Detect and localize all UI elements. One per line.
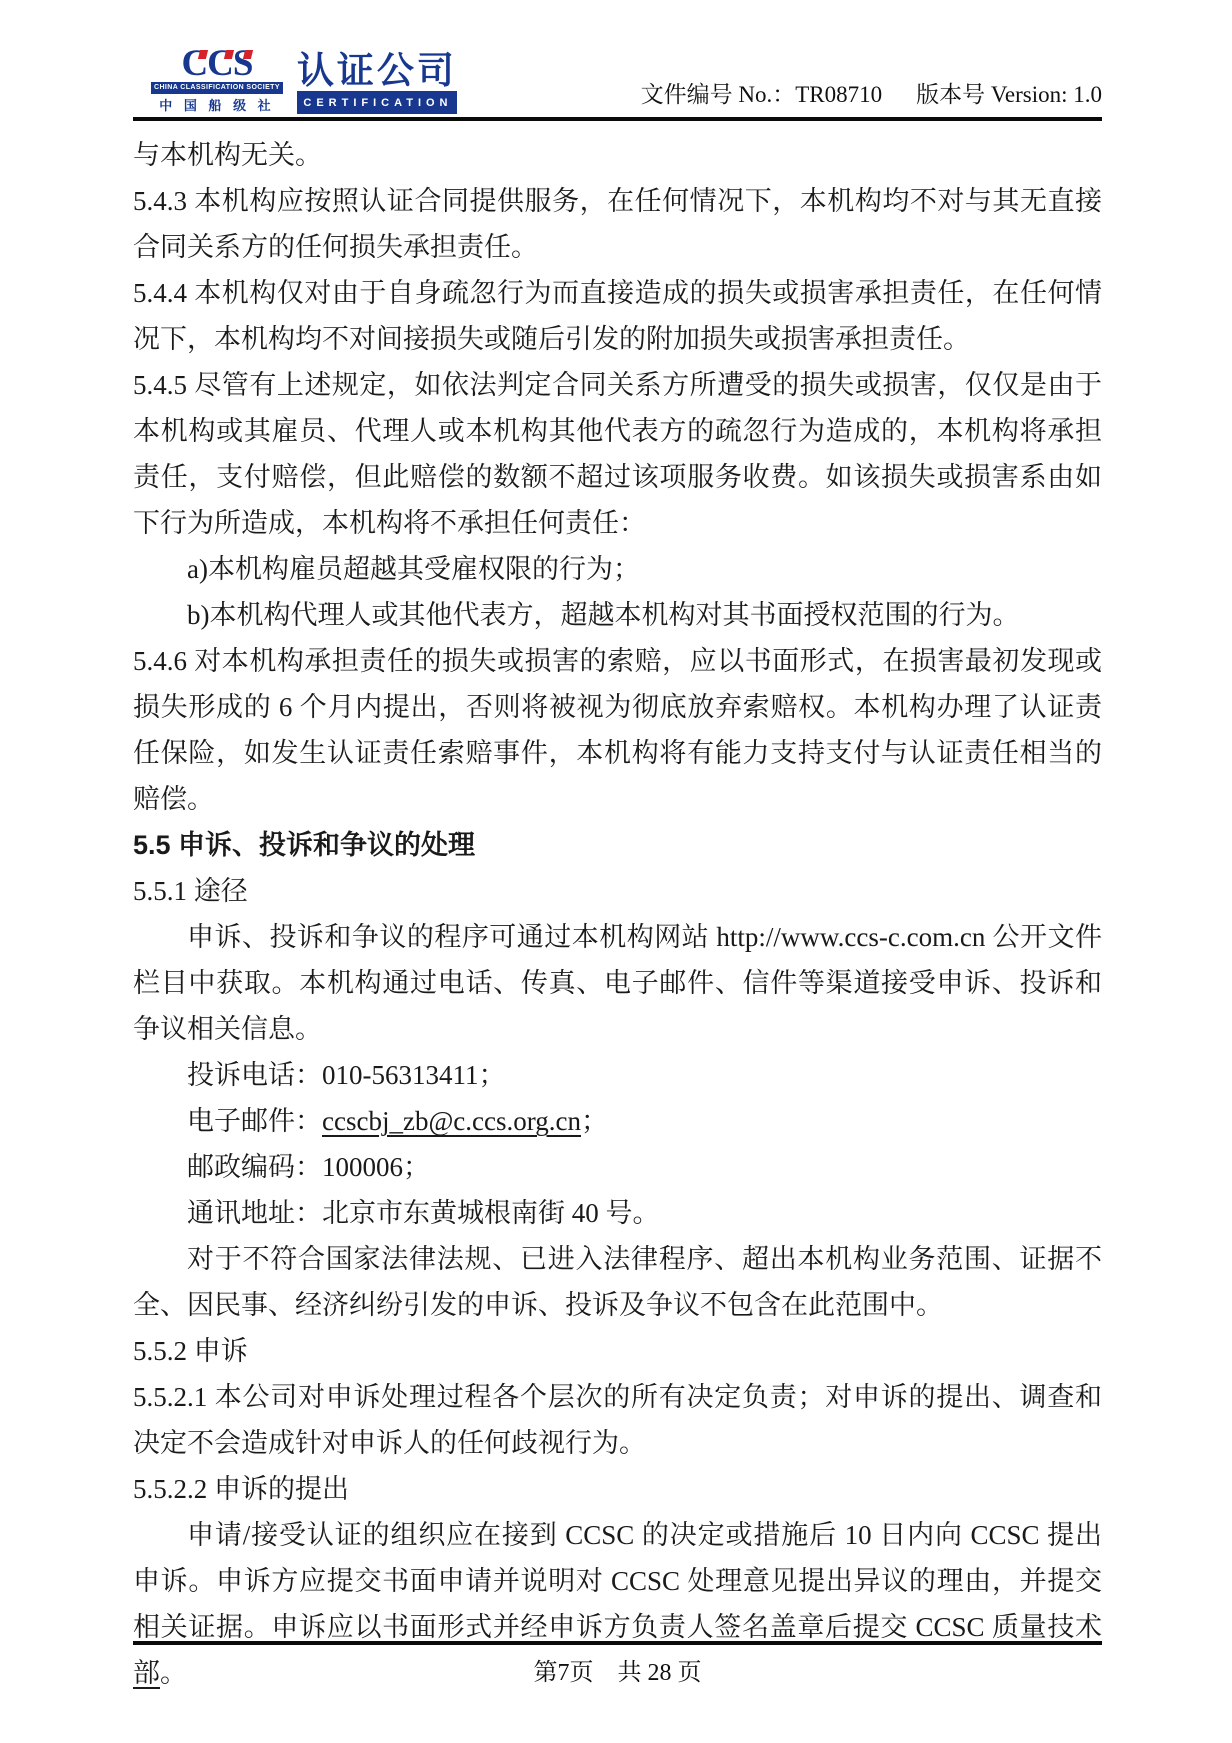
text-run: 通讯地址：北京市东黄城根南街 40 号。 [187, 1198, 660, 1228]
ccs-letter: C [181, 49, 207, 79]
text-run: 5.4.6 对本机构承担责任的损失或损害的索赔，应以书面形式，在损害最初发现或损… [133, 646, 1102, 814]
paragraph: 对于不符合国家法律法规、已进入法律程序、超出本机构业务范围、证据不全、因民事、经… [133, 1236, 1102, 1328]
mailing-address: 通讯地址：北京市东黄城根南街 40 号。 [133, 1190, 1102, 1236]
society-name-cn: 中 国 船 级 社 [159, 95, 274, 114]
postal-code: 邮政编码：100006； [133, 1144, 1102, 1190]
list-item-a: a)本机构雇员超越其受雇权限的行为； [133, 546, 1102, 592]
text-run: ； [581, 1106, 608, 1136]
text-run: 对于不符合国家法律法规、已进入法律程序、超出本机构业务范围、证据不全、因民事、经… [133, 1244, 1102, 1320]
text-run: a)本机构雇员超越其受雇权限的行为； [187, 554, 640, 584]
paragraph: 与本机构无关。 [133, 132, 1102, 178]
document-page: CCS CHINA CLASSIFICATION SOCIETY 中 国 船 级… [0, 0, 1232, 1743]
doc-number: 文件编号 No.：TR08710 [641, 82, 883, 107]
paragraph: 申诉、投诉和争议的程序可通过本机构网站 http://www.ccs-c.com… [133, 914, 1102, 1052]
text-run: 5.4.5 尽管有上述规定，如依法判定合同关系方所遭受的损失或损害，仅仅是由于本… [133, 370, 1102, 538]
certification-bar: CERTIFICATION [297, 91, 457, 114]
certification-company-mark: 认证公司 CERTIFICATION [297, 54, 457, 114]
text-run: 电子邮件： [187, 1106, 322, 1136]
page-footer: 第7页 共 28 页 [133, 1641, 1102, 1687]
complaint-phone: 投诉电话：010-56313411； [133, 1052, 1102, 1098]
ccs-wordmark: CCS [181, 49, 252, 79]
text-run: 5.5.2 申诉 [133, 1336, 248, 1366]
section-heading: 5.5 申诉、投诉和争议的处理 [133, 822, 1102, 868]
company-name-cn: 认证公司 [297, 54, 457, 88]
text-run: 5.5 申诉、投诉和争议的处理 [133, 830, 475, 860]
text-run: 邮政编码：100006； [187, 1152, 430, 1182]
page-number: 第7页 共 28 页 [534, 1660, 702, 1686]
text-run: 5.4.3 本机构应按照认证合同提供服务，在任何情况下，本机构均不对与其无直接合… [133, 186, 1102, 262]
text-run: 投诉电话：010-56313411； [187, 1060, 506, 1090]
text-run: 与本机构无关。 [133, 140, 322, 170]
ccs-letter: S [233, 49, 253, 79]
list-item-b: b)本机构代理人或其他代表方，超越本机构对其书面授权范围的行为。 [133, 592, 1102, 638]
subsection-heading: 5.5.2 申诉 [133, 1328, 1102, 1374]
text-run: 5.4.4 本机构仅对由于自身疏忽行为而直接造成的损失或损害承担责任，在任何情况… [133, 278, 1102, 354]
subsection-heading: 5.5.2.2 申诉的提出 [133, 1466, 1102, 1512]
paragraph: 5.5.2.1 本公司对申诉处理过程各个层次的所有决定负责；对申诉的提出、调查和… [133, 1374, 1102, 1466]
email-address: ccscbj_zb@c.ccs.org.cn [322, 1106, 581, 1136]
document-body: 与本机构无关。5.4.3 本机构应按照认证合同提供服务，在任何情况下，本机构均不… [133, 132, 1102, 1696]
paragraph: 5.4.4 本机构仅对由于自身疏忽行为而直接造成的损失或损害承担责任，在任何情况… [133, 270, 1102, 362]
subsection-heading: 5.5.1 途径 [133, 868, 1102, 914]
paragraph: 5.4.6 对本机构承担责任的损失或损害的索赔，应以书面形式，在损害最初发现或损… [133, 638, 1102, 822]
text-run: 申诉、投诉和争议的程序可通过本机构网站 http://www.ccs-c.com… [133, 922, 1102, 1044]
version-number: 版本号 Version: 1.0 [916, 82, 1102, 107]
email-line: 电子邮件：ccscbj_zb@c.ccs.org.cn； [133, 1098, 1102, 1144]
ccs-letter: C [207, 49, 233, 79]
ccs-logo: CCS CHINA CLASSIFICATION SOCIETY 中 国 船 级… [151, 49, 457, 114]
page-header: CCS CHINA CLASSIFICATION SOCIETY 中 国 船 级… [133, 0, 1102, 121]
text-run: 5.5.2.2 申诉的提出 [133, 1474, 349, 1504]
document-meta: 文件编号 No.：TR08710版本号 Version: 1.0 [641, 76, 1102, 109]
company-name-en: CERTIFICATION [303, 97, 452, 109]
text-run: 5.5.2.1 本公司对申诉处理过程各个层次的所有决定负责；对申诉的提出、调查和… [133, 1382, 1102, 1458]
paragraph: 5.4.5 尽管有上述规定，如依法判定合同关系方所遭受的损失或损害，仅仅是由于本… [133, 362, 1102, 546]
paragraph: 5.4.3 本机构应按照认证合同提供服务，在任何情况下，本机构均不对与其无直接合… [133, 178, 1102, 270]
text-run: b)本机构代理人或其他代表方，超越本机构对其书面授权范围的行为。 [187, 600, 1020, 630]
text-run: 申请/接受认证的组织应在接到 CCSC 的决定或措施后 10 日内向 CCSC … [133, 1520, 1102, 1642]
text-run: 5.5.1 途径 [133, 876, 248, 906]
ccs-classification-society-mark: CCS CHINA CLASSIFICATION SOCIETY 中 国 船 级… [151, 49, 283, 114]
